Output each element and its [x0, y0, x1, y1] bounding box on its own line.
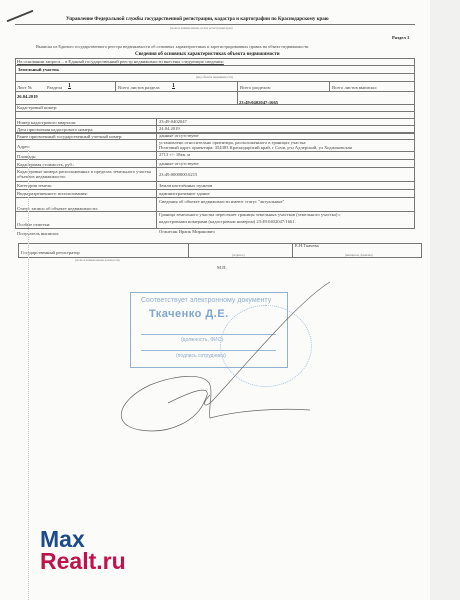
divider	[15, 111, 415, 112]
cadastral-number-label: Кадастровый номер:	[17, 105, 57, 110]
divider	[329, 81, 330, 91]
divider	[15, 65, 415, 66]
divider	[15, 132, 415, 133]
row-value: данные отсутствуют	[159, 133, 199, 138]
divider	[292, 243, 293, 258]
logo-max: Max	[40, 528, 126, 550]
total-sheets-section-value: 1	[172, 84, 175, 89]
margin-line	[28, 150, 30, 600]
divider	[15, 151, 415, 152]
row-value-line2: Почтовый адрес ориентира: 354383 Краснод…	[159, 145, 352, 150]
role-caption: (полное наименование должности)	[75, 258, 120, 263]
section-label: Раздел 1	[392, 35, 409, 40]
row-value: данные отсутствуют	[159, 161, 199, 166]
section-value: 1	[68, 84, 71, 89]
mp-label: М.П.	[217, 265, 227, 270]
divider	[15, 81, 415, 82]
object-type: Земельный участок	[18, 67, 59, 72]
extract-subtitle: Сведения об основных характеристиках объ…	[135, 52, 280, 57]
row-label: Категория земель:	[17, 183, 53, 188]
verification-stamp: Соответствует электронному документу Тка…	[130, 292, 288, 368]
row-value: административное здание	[159, 191, 210, 196]
intro-text: На основании запроса... в Единый государ…	[17, 59, 224, 64]
stamp-caption1: (должность, ФИО)	[181, 337, 223, 343]
stamp-name: Ткаченко Д.Е.	[149, 308, 229, 320]
logo-realt: Realt.ru	[40, 550, 126, 572]
row-value: Земли населённых пунктов	[159, 183, 212, 188]
registrar-name: Е.Н.Ткачева	[295, 243, 319, 248]
maxrealt-logo: Max Realt.ru	[40, 528, 126, 572]
row-value: 23:49:0000000:6215	[159, 172, 197, 177]
stamp-caption2: (подпись сотрудника)	[176, 353, 226, 359]
row-value: Оганесян Ираик Миранович	[159, 229, 215, 234]
divider	[15, 159, 415, 160]
row-label: Кадастровые номера расположенных в преде…	[17, 169, 153, 179]
divider	[15, 125, 415, 126]
total-sheets-section-label: Всего листов раздела	[118, 85, 160, 90]
row-value: Сведения об объекте недвижимости имеют с…	[159, 199, 284, 204]
divider	[15, 189, 415, 190]
divider	[15, 73, 415, 74]
row-value: Граница земельного участка пересекает гр…	[159, 212, 341, 217]
divider	[237, 91, 238, 104]
divider	[115, 81, 116, 91]
row-label: Получатель выписки:	[17, 231, 59, 236]
column-divider	[156, 118, 157, 229]
total-sections-label: Всего разделов:	[240, 85, 271, 90]
divider	[188, 243, 189, 258]
stamp-rule	[141, 350, 276, 351]
divider	[15, 167, 415, 168]
authority-caption: (полное наименование органа регистрации …	[170, 26, 233, 31]
header-rule	[15, 24, 415, 25]
scan-edge	[430, 0, 460, 600]
divider	[15, 181, 415, 182]
row-value: 2713 +/- 18кв. м	[159, 152, 190, 157]
divider	[15, 91, 415, 92]
row-value-line2: кадастровыми номерами (кадастровым номер…	[159, 219, 296, 224]
divider	[15, 197, 415, 198]
extract-date: 26.04.2019	[17, 94, 38, 99]
stamp-rule	[141, 334, 276, 335]
row-value: 23:49:0402047	[159, 119, 187, 124]
row-label: Адрес:	[17, 144, 30, 149]
pen-mark	[7, 10, 34, 22]
sign-caption: (подпись)	[232, 253, 244, 258]
object-type-caption: (вид объекта недвижимости)	[196, 75, 233, 80]
divider	[237, 81, 238, 91]
stamp-line1: Соответствует электронному документу	[141, 297, 271, 304]
section-label-field: Раздела	[47, 85, 62, 90]
row-value: 24.04.2019	[159, 126, 180, 131]
row-label: Особые отметки:	[17, 222, 50, 227]
divider	[15, 228, 415, 229]
sheet-label: Лист №	[17, 85, 32, 90]
name-caption: (инициалы, фамилия)	[345, 253, 373, 258]
total-sheets-extract-label: Всего листов выписки:	[332, 85, 377, 90]
authority-name: Управление Федеральной службы государств…	[66, 17, 329, 22]
divider	[15, 104, 415, 105]
extract-title: Выписка из Единого государственного реес…	[36, 44, 308, 49]
